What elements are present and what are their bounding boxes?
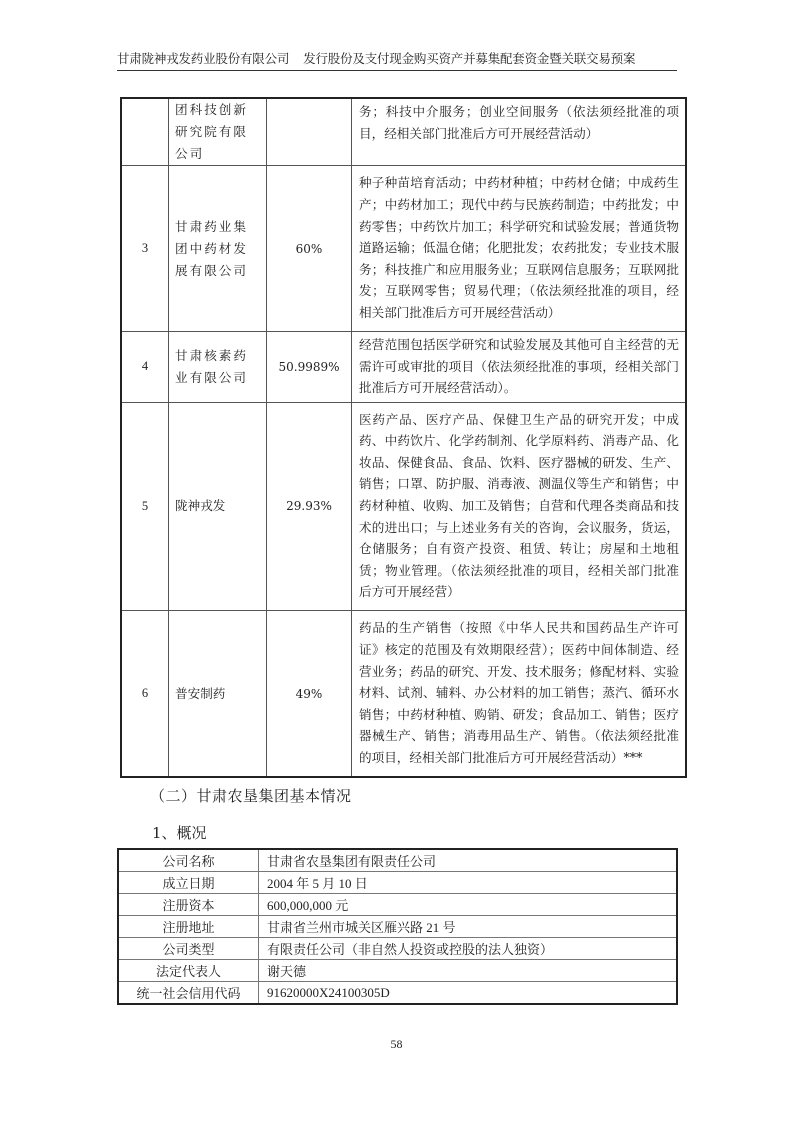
field-value: 有限责任公司（非自然人投资或控股的法人独资） [259,938,678,960]
field-value: 2004 年 5 月 10 日 [259,872,678,894]
table-row: 注册资本 600,000,000 元 [118,894,677,916]
company-name: 甘肃核素药业有限公司 [169,332,267,403]
table-row: 注册地址 甘肃省兰州市城关区雁兴路 21 号 [118,916,677,938]
company-name: 甘肃药业集团中药材发展有限公司 [169,166,267,332]
table-row: 成立日期 2004 年 5 月 10 日 [118,872,677,894]
row-number: 3 [121,166,169,332]
company-name: 团科技创新研究院有限公司 [169,98,267,166]
ownership-percent: 49% [267,610,352,777]
field-value: 甘肃省兰州市城关区雁兴路 21 号 [259,916,678,938]
field-label: 成立日期 [118,872,259,894]
ownership-percent [267,98,352,166]
business-scope: 种子种苗培育活动；中药材种植；中药材仓储；中成药生产；中药材加工；现代中药与民族… [352,166,687,332]
table-row: 法定代表人 谢天德 [118,960,677,982]
field-label: 公司名称 [118,849,259,872]
subsidiaries-table: 团科技创新研究院有限公司 务；科技中介服务；创业空间服务（依法须经批准的项目，经… [120,97,687,778]
ownership-percent: 60% [267,166,352,332]
page-header: 甘肃陇神戎发药业股份有限公司发行股份及支付现金购买资产并募集配套资金暨关联交易预… [117,49,677,71]
company-name: 陇神戎发 [169,402,267,610]
field-value: 600,000,000 元 [259,894,678,916]
table-row: 3 甘肃药业集团中药材发展有限公司 60% 种子种苗培育活动；中药材种植；中药材… [121,166,686,332]
table-row: 6 普安制药 49% 药品的生产销售（按照《中华人民共和国药品生产许可证》核定的… [121,610,686,777]
company-name: 普安制药 [169,610,267,777]
field-value: 甘肃省农垦集团有限责任公司 [259,849,678,872]
table-row: 5 陇神戎发 29.93% 医药产品、医疗产品、保健卫生产品的研究开发；中成药、… [121,402,686,610]
header-title: 发行股份及支付现金购买资产并募集配套资金暨关联交易预案 [303,51,635,66]
field-value: 91620000X24100305D [259,982,678,1005]
header-company: 甘肃陇神戎发药业股份有限公司 [117,51,289,66]
company-info-table: 公司名称 甘肃省农垦集团有限责任公司 成立日期 2004 年 5 月 10 日 … [117,848,678,1005]
section-heading: （二）甘肃农垦集团基本情况 [150,785,352,806]
table-row: 统一社会信用代码 91620000X24100305D [118,982,677,1005]
field-value: 谢天德 [259,960,678,982]
business-scope: 药品的生产销售（按照《中华人民共和国药品生产许可证》核定的范围及有效期限经营）；… [352,610,687,777]
table-row: 公司类型 有限责任公司（非自然人投资或控股的法人独资） [118,938,677,960]
table-row: 4 甘肃核素药业有限公司 50.9989% 经营范围包括医学研究和试验发展及其他… [121,332,686,403]
row-number: 5 [121,402,169,610]
ownership-percent: 50.9989% [267,332,352,403]
page-number: 58 [0,1037,793,1052]
field-label: 注册资本 [118,894,259,916]
field-label: 统一社会信用代码 [118,982,259,1005]
table-row: 公司名称 甘肃省农垦集团有限责任公司 [118,849,677,872]
table-row: 团科技创新研究院有限公司 务；科技中介服务；创业空间服务（依法须经批准的项目，经… [121,98,686,166]
business-scope: 经营范围包括医学研究和试验发展及其他可自主经营的无需许可或审批的项目（依法须经批… [352,332,687,403]
field-label: 公司类型 [118,938,259,960]
business-scope: 务；科技中介服务；创业空间服务（依法须经批准的项目，经相关部门批准后方可开展经营… [352,98,687,166]
field-label: 法定代表人 [118,960,259,982]
row-number: 6 [121,610,169,777]
field-label: 注册地址 [118,916,259,938]
business-scope: 医药产品、医疗产品、保健卫生产品的研究开发；中成药、中药饮片、化学药制剂、化学原… [352,402,687,610]
row-number [121,98,169,166]
row-number: 4 [121,332,169,403]
ownership-percent: 29.93% [267,402,352,610]
subsection-heading: 1、概况 [152,822,207,843]
